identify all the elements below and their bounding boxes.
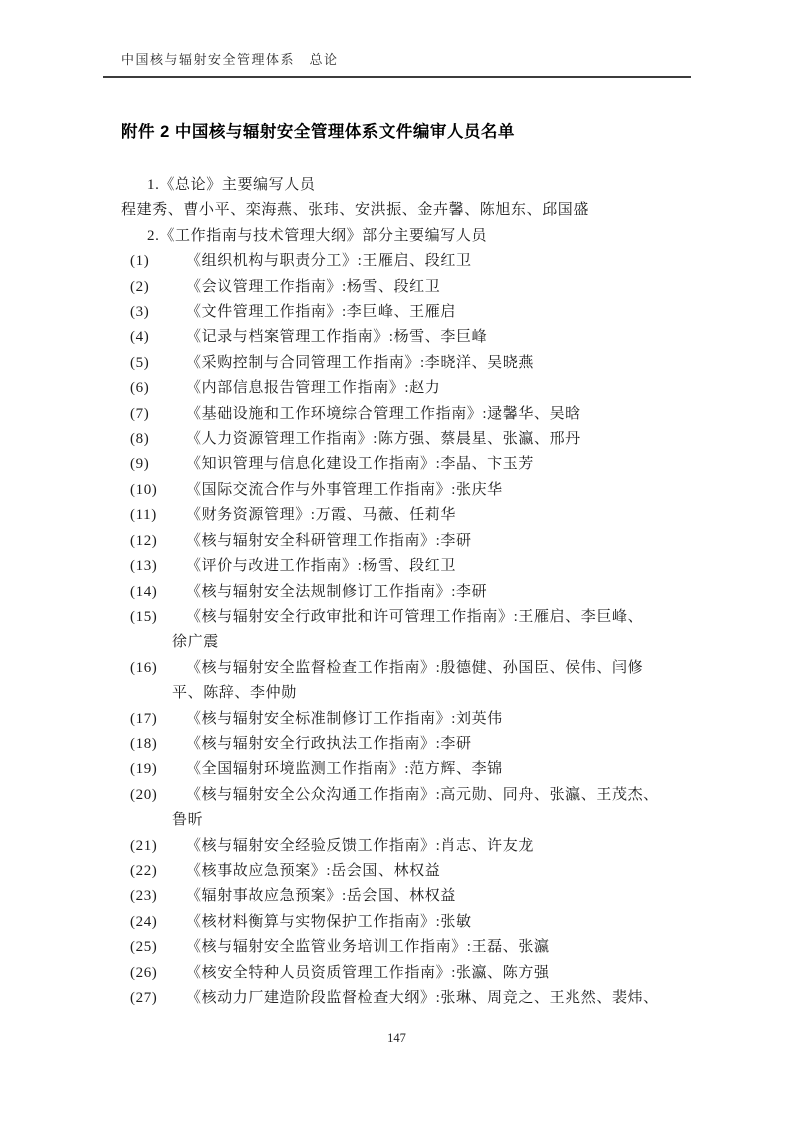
list-item: (6)《内部信息报告管理工作指南》:赵力	[121, 376, 689, 401]
item-title: 《核与辐射安全公众沟通工作指南》:	[186, 787, 440, 803]
section-names: 程建秀、曹小平、栾海燕、张玮、安洪振、金卉馨、陈旭东、邱国盛	[121, 198, 689, 223]
item-number: (21)	[130, 834, 157, 859]
item-title: 《国际交流合作与外事管理工作指南》:	[186, 482, 456, 498]
item-title: 《采购控制与合同管理工作指南》:	[186, 355, 425, 371]
item-number: (25)	[130, 935, 157, 960]
item-title: 《核与辐射安全标准制修订工作指南》:	[186, 711, 456, 727]
item-names: 杨雪、李巨峰	[394, 329, 488, 345]
list-item: (2)《会议管理工作指南》:杨雪、段红卫	[121, 275, 689, 300]
document-page: 中国核与辐射安全管理体系 总论 附件 2 中国核与辐射安全管理体系文件编审人员名…	[0, 0, 793, 1122]
item-title: 《核与辐射安全科研管理工作指南》:	[186, 533, 440, 549]
item-names: 李晶、卞玉芳	[440, 456, 534, 472]
page-number: 147	[0, 1031, 793, 1046]
item-title: 《核与辐射安全行政执法工作指南》:	[186, 736, 440, 752]
item-names: 张瀛、陈方强	[456, 965, 550, 981]
list-item: (10)《国际交流合作与外事管理工作指南》:张庆华	[121, 478, 689, 503]
list-item: (22)《核事故应急预案》:岳会国、林权益	[121, 859, 689, 884]
section-number: 1.	[147, 177, 159, 193]
item-title: 《全国辐射环境监测工作指南》:	[186, 761, 409, 777]
list-item: (8)《人力资源管理工作指南》:陈方强、蔡晨星、张瀛、邢丹	[121, 427, 689, 452]
item-number: (27)	[130, 986, 157, 1011]
list-item: (15)《核与辐射安全行政审批和许可管理工作指南》:王雁启、李巨峰、 徐广震	[121, 605, 689, 656]
item-title: 《基础设施和工作环境综合管理工作指南》:	[186, 406, 487, 422]
section-heading: 2.《工作指南与技术管理大纲》部分主要编写人员	[121, 224, 689, 249]
section-heading: 1.《总论》主要编写人员	[121, 173, 689, 198]
item-title: 《会议管理工作指南》:	[186, 279, 347, 295]
item-names: 范方辉、李锦	[409, 761, 503, 777]
item-number: (22)	[130, 859, 157, 884]
item-number: (13)	[130, 554, 157, 579]
item-names: 王磊、张瀛	[472, 939, 550, 955]
list-item: (13)《评价与改进工作指南》:杨雪、段红卫	[121, 554, 689, 579]
item-names: 张敏	[440, 914, 471, 930]
item-number: (14)	[130, 580, 157, 605]
item-names: 李研	[440, 736, 471, 752]
list-item: (25)《核与辐射安全监管业务培训工作指南》:王磊、张瀛	[121, 935, 689, 960]
item-number: (10)	[130, 478, 157, 503]
item-title: 《记录与档案管理工作指南》:	[186, 329, 394, 345]
item-title: 《核与辐射安全监管业务培训工作指南》:	[186, 939, 472, 955]
item-title: 《辐射事故应急预案》:	[186, 888, 347, 904]
item-number: (20)	[130, 783, 157, 808]
item-title: 《组织机构与职责分工》:	[186, 253, 362, 269]
item-title: 《核安全特种人员资质管理工作指南》:	[186, 965, 456, 981]
list-item: (27)《核动力厂建造阶段监督检查大纲》:张琳、周竞之、王兆然、裴炜、	[121, 986, 689, 1011]
list-item: (16)《核与辐射安全监督检查工作指南》:殷德健、孙国臣、侯伟、闫修 平、陈辞、…	[121, 656, 689, 707]
list-item: (11)《财务资源管理》:万霞、马薇、任莉华	[121, 503, 689, 528]
document-body: 1.《总论》主要编写人员 程建秀、曹小平、栾海燕、张玮、安洪振、金卉馨、陈旭东、…	[121, 173, 689, 1011]
item-names: 岳会国、林权益	[347, 888, 456, 904]
item-title: 《核材料衡算与实物保护工作指南》:	[186, 914, 440, 930]
section-text: 《总论》主要编写人员	[159, 177, 315, 193]
item-number: (19)	[130, 757, 157, 782]
item-title: 《人力资源管理工作指南》:	[186, 431, 378, 447]
item-title: 《核与辐射安全监督检查工作指南》:	[186, 660, 440, 676]
item-number: (5)	[130, 351, 149, 376]
list-item: (18)《核与辐射安全行政执法工作指南》:李研	[121, 732, 689, 757]
item-number: (6)	[130, 376, 149, 401]
item-number: (26)	[130, 961, 157, 986]
item-number: (2)	[130, 275, 149, 300]
item-number: (18)	[130, 732, 157, 757]
item-names: 王雁启、段红卫	[362, 253, 471, 269]
list-item: (9)《知识管理与信息化建设工作指南》:李晶、卞玉芳	[121, 452, 689, 477]
item-names: 刘英伟	[456, 711, 503, 727]
item-number: (3)	[130, 300, 149, 325]
item-names: 肖志、许友龙	[440, 838, 534, 854]
running-header: 中国核与辐射安全管理体系 总论	[121, 49, 339, 68]
list-item: (4)《记录与档案管理工作指南》:杨雪、李巨峰	[121, 325, 689, 350]
item-names: 逯馨华、吴晗	[487, 406, 581, 422]
list-item: (3)《文件管理工作指南》:李巨峰、王雁启	[121, 300, 689, 325]
item-title: 《核与辐射安全行政审批和许可管理工作指南》:	[186, 609, 518, 625]
item-number: (11)	[130, 503, 157, 528]
item-names: 杨雪、段红卫	[347, 279, 441, 295]
item-title: 《内部信息报告管理工作指南》:	[186, 380, 409, 396]
item-title: 《文件管理工作指南》:	[186, 304, 347, 320]
item-title: 《核事故应急预案》:	[186, 863, 331, 879]
list-item: (24)《核材料衡算与实物保护工作指南》:张敏	[121, 910, 689, 935]
list-item: (20)《核与辐射安全公众沟通工作指南》:高元勋、同舟、张瀛、王茂杰、 鲁昕	[121, 783, 689, 834]
item-names: 李晓洋、吴晓燕	[425, 355, 534, 371]
item-names: 赵力	[409, 380, 440, 396]
item-number: (15)	[130, 605, 157, 630]
item-number: (8)	[130, 427, 149, 452]
item-title: 《核动力厂建造阶段监督检查大纲》:	[186, 990, 440, 1006]
item-title: 《评价与改进工作指南》:	[186, 558, 362, 574]
item-title: 《核与辐射安全法规制修订工作指南》:	[186, 584, 456, 600]
item-title: 《知识管理与信息化建设工作指南》:	[186, 456, 440, 472]
item-number: (17)	[130, 707, 157, 732]
list-item: (1)《组织机构与职责分工》:王雁启、段红卫	[121, 249, 689, 274]
list-item: (26)《核安全特种人员资质管理工作指南》:张瀛、陈方强	[121, 961, 689, 986]
item-names: 岳会国、林权益	[331, 863, 440, 879]
item-number: (23)	[130, 884, 157, 909]
item-names: 李研	[440, 533, 471, 549]
item-names: 张庆华	[456, 482, 503, 498]
page-title: 附件 2 中国核与辐射安全管理体系文件编审人员名单	[121, 118, 515, 142]
section-text: 《工作指南与技术管理大纲》部分主要编写人员	[159, 228, 487, 244]
item-number: (1)	[130, 249, 149, 274]
list-item: (12)《核与辐射安全科研管理工作指南》:李研	[121, 529, 689, 554]
item-number: (12)	[130, 529, 157, 554]
item-names: 万霞、马薇、任莉华	[316, 507, 456, 523]
item-title: 《核与辐射安全经验反馈工作指南》:	[186, 838, 440, 854]
list-item: (19)《全国辐射环境监测工作指南》:范方辉、李锦	[121, 757, 689, 782]
section-number: 2.	[147, 228, 159, 244]
list-item: (14)《核与辐射安全法规制修订工作指南》:李研	[121, 580, 689, 605]
item-names: 李研	[456, 584, 487, 600]
item-title: 《财务资源管理》:	[186, 507, 316, 523]
list-item: (17)《核与辐射安全标准制修订工作指南》:刘英伟	[121, 707, 689, 732]
list-item: (23)《辐射事故应急预案》:岳会国、林权益	[121, 884, 689, 909]
item-number: (4)	[130, 325, 149, 350]
item-names: 陈方强、蔡晨星、张瀛、邢丹	[378, 431, 581, 447]
item-names: 杨雪、段红卫	[362, 558, 456, 574]
list-item: (7)《基础设施和工作环境综合管理工作指南》:逯馨华、吴晗	[121, 402, 689, 427]
list-item: (21)《核与辐射安全经验反馈工作指南》:肖志、许友龙	[121, 834, 689, 859]
item-names: 李巨峰、王雁启	[347, 304, 456, 320]
item-names: 张琳、周竞之、王兆然、裴炜、	[440, 990, 658, 1006]
header-rule	[103, 76, 691, 78]
list-item: (5)《采购控制与合同管理工作指南》:李晓洋、吴晓燕	[121, 351, 689, 376]
item-number: (16)	[130, 656, 157, 681]
item-number: (7)	[130, 402, 149, 427]
item-number: (9)	[130, 452, 149, 477]
item-number: (24)	[130, 910, 157, 935]
